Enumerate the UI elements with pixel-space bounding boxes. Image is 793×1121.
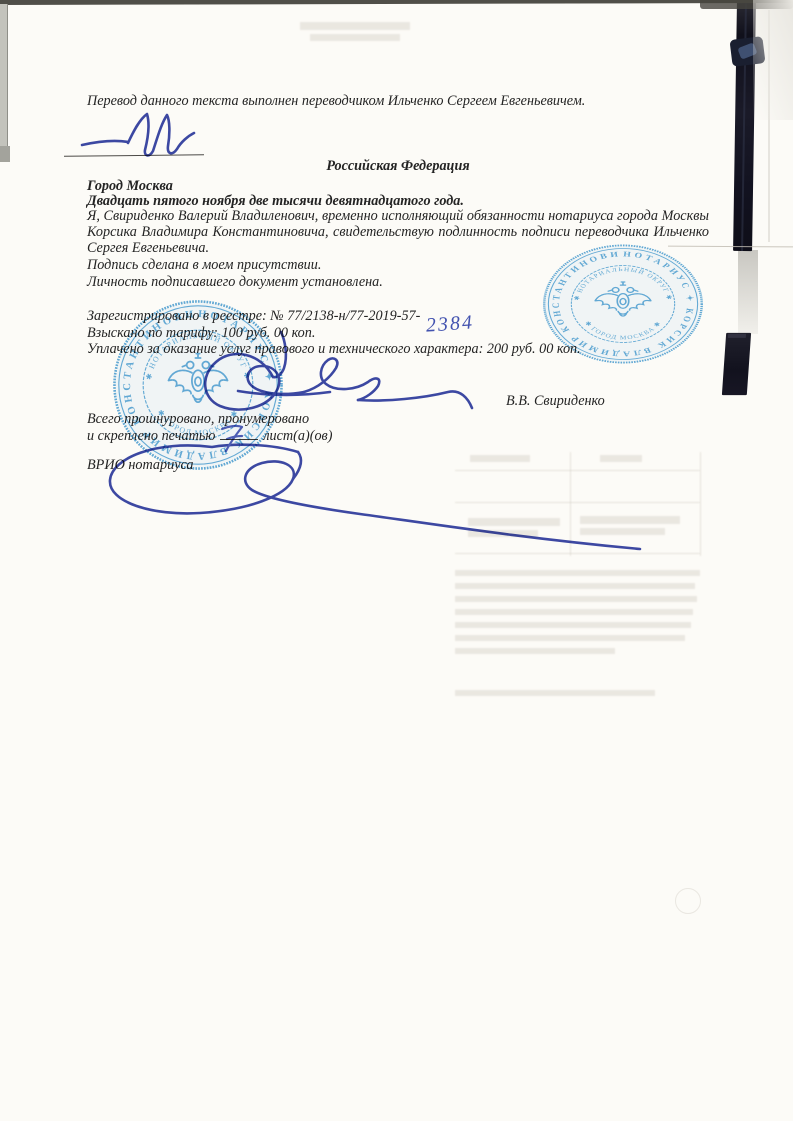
ghost-text-block [580, 516, 680, 524]
ghost-paragraph-bar [455, 596, 697, 602]
binding-ribbon-end [722, 333, 751, 395]
ghost-text-block [470, 455, 530, 462]
ghost-paragraph-bar [455, 648, 615, 654]
ghost-text-block [580, 528, 665, 535]
scanned-notary-page: Перевод данного текста выполнен переводч… [0, 0, 793, 1121]
paper-corner-shading [753, 0, 793, 120]
ghost-table-line [455, 502, 700, 503]
ghost-paragraph-bar [455, 622, 691, 628]
scan-top-edge [0, 0, 793, 5]
presence-line: Подпись сделана в моем присутствии. [87, 258, 321, 274]
notary-name: В.В. Свириденко [506, 394, 605, 410]
ghost-paragraph-bar [455, 635, 685, 641]
notary-seal-right: НОТАРИУС ✦ КОРСИК ВЛАДИМИР КОНСТАНТИНОВИ… [541, 243, 705, 365]
ghost-text-block [468, 518, 560, 526]
ghost-text-block [310, 34, 400, 41]
ghost-table-line [570, 452, 571, 556]
ghost-text-block [600, 455, 642, 462]
registry-number-handwritten: 2384 [425, 311, 474, 336]
translator-statement: Перевод данного текста выполнен переводч… [87, 94, 585, 110]
identity-line: Личность подписавшего документ установле… [87, 275, 383, 291]
ghost-table-line [455, 470, 700, 471]
signature-rule-line [64, 154, 204, 156]
binding-ribbon-shadow [738, 250, 758, 334]
scan-left-edge [0, 4, 8, 162]
notary-seal-left: НОТАРИУС ✦ КОРСИК ВЛАДИМИР КОНСТАНТИНОВИ… [111, 298, 285, 472]
ghost-table-line [700, 452, 701, 556]
ghost-text-block [455, 690, 655, 696]
country-heading: Российская Федерация [87, 159, 709, 175]
ghost-table-line [455, 553, 700, 554]
ghost-text-block [300, 22, 410, 30]
ghost-paragraph-bar [455, 583, 695, 589]
ribbon-end-highlight [728, 334, 746, 338]
translator-signature [82, 114, 194, 155]
ghost-paragraph-bar [455, 609, 693, 615]
ghost-paragraph-bar [455, 570, 700, 576]
faint-paper-mark [675, 888, 701, 914]
scan-left-notch [0, 146, 10, 162]
ghost-text-block [468, 530, 538, 537]
